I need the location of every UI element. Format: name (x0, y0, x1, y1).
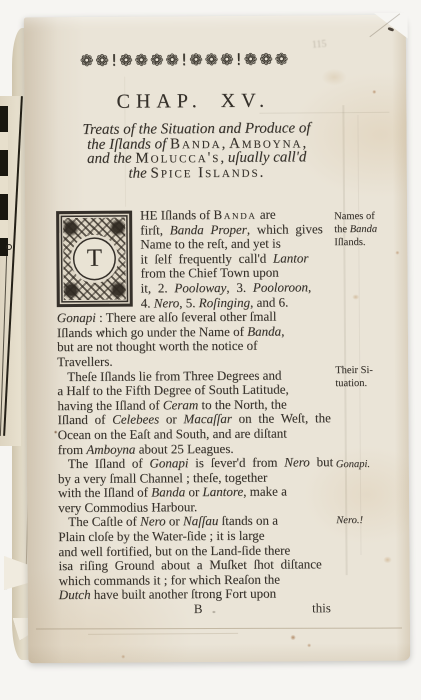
text-line: Their Si- (335, 365, 405, 378)
drop-cap-foliage: T (63, 218, 126, 300)
margin-note: Nero.! (336, 515, 406, 528)
margin-note: Gonapi. (336, 459, 406, 472)
margin-notes: Names ofthe BandaIſlands.Their Si-tuatio… (24, 15, 406, 18)
photo-backdrop: 115 ❁❁!❁❁❁❁!❁❁❁!❁❁❁ CHAP. XV. Treats of … (0, 0, 421, 700)
crease-line (36, 628, 402, 630)
crease-line (88, 633, 238, 635)
text-line: Nero.! (336, 515, 406, 528)
text-line: tuation. (335, 377, 405, 390)
text-line: Gonapi. (336, 459, 406, 472)
chapter-argument: Treats of the Situation and Produce ofth… (48, 119, 344, 179)
text-line: Iſlands. (334, 236, 404, 249)
facing-page-plate-edge (0, 96, 21, 446)
margin-note: Their Si-tuation. (335, 365, 405, 391)
margin-note: Names ofthe BandaIſlands. (334, 211, 404, 250)
ornament-band: ❁❁!❁❁❁❁!❁❁❁!❁❁❁ (42, 49, 328, 70)
plate-mark (6, 244, 12, 250)
catchword: this (312, 601, 331, 616)
drop-cap-letter: T (87, 252, 102, 267)
drop-cap-initial: T (56, 211, 133, 308)
torn-corner-speck (388, 27, 395, 32)
torn-corner (374, 13, 408, 39)
drop-cap-circle: T (74, 239, 114, 279)
signature-mark: B (194, 602, 203, 617)
signature-catchword-line: B this (59, 601, 335, 618)
text-line: Treats of the Situation and Produce of (48, 119, 344, 136)
text-line: the Banda (334, 223, 404, 236)
book-page: 115 ❁❁!❁❁❁❁!❁❁❁!❁❁❁ CHAP. XV. Treats of … (24, 15, 411, 664)
show-through-line (357, 115, 361, 555)
text-column: T HE Iſlands of Banda arefirſt, Banda Pr… (56, 207, 335, 618)
chapter-heading: CHAP. XV. (55, 89, 331, 114)
map-scale-bar (0, 106, 8, 256)
text-line: Names of (334, 211, 404, 224)
text-line: and the Molucca's, uſually call'd (49, 148, 345, 165)
